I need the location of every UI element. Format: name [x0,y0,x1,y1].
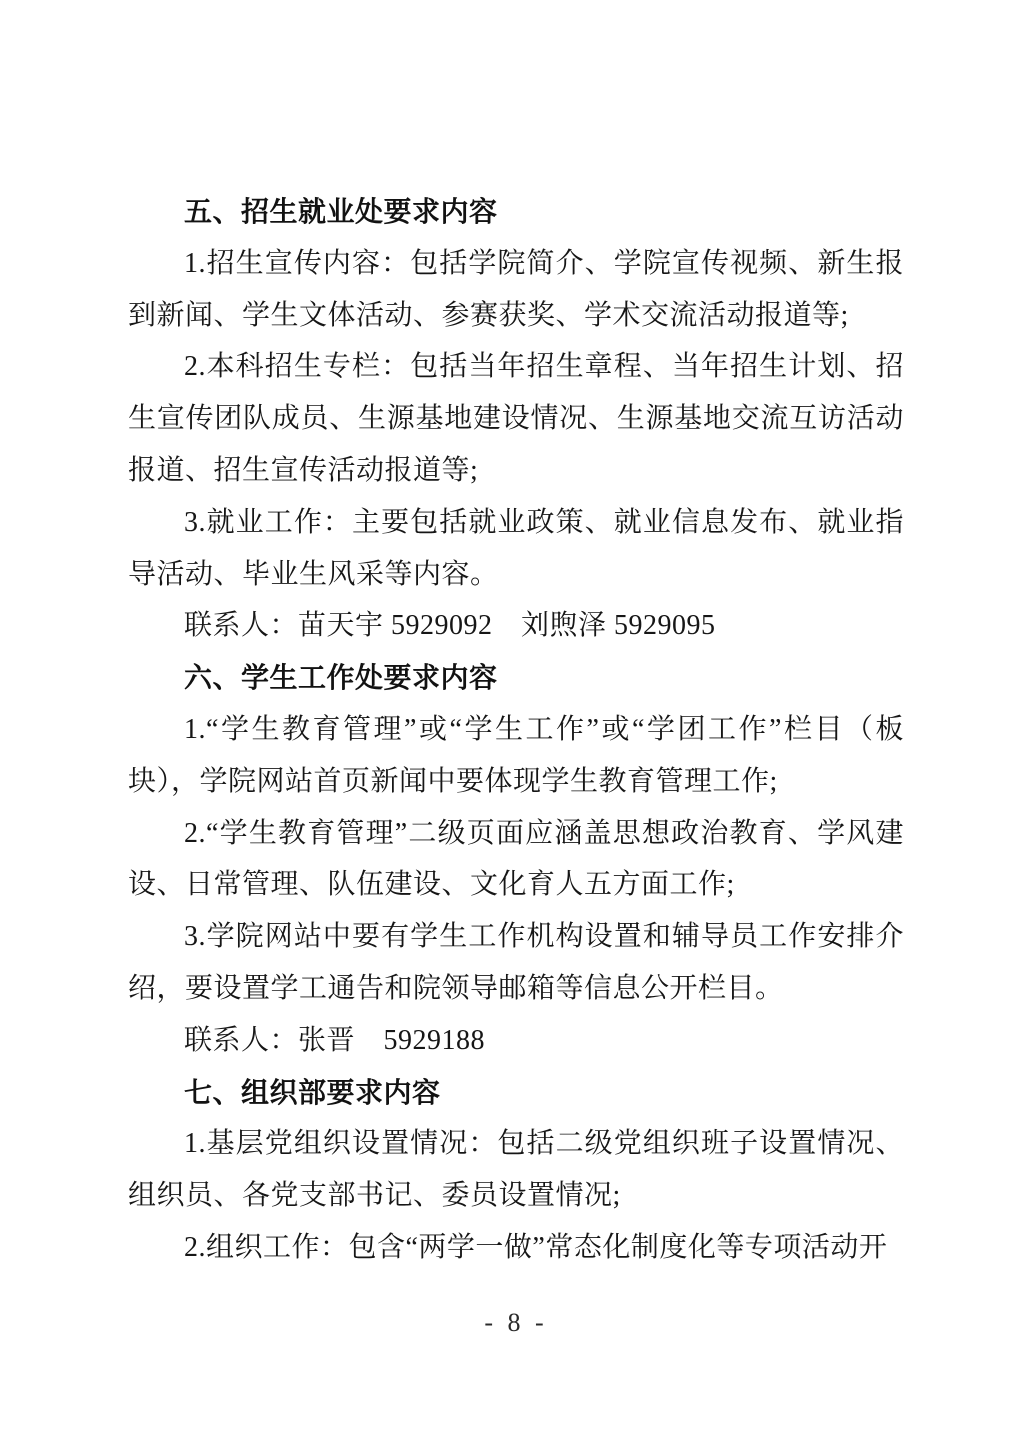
document-body: 五、招生就业处要求内容 1.招生宣传内容：包括学院简介、学院宣传视频、新生报到新… [128,186,904,1274]
document-page: 五、招生就业处要求内容 1.招生宣传内容：包括学院简介、学院宣传视频、新生报到新… [0,0,1024,1448]
page-footer: - 8 - [128,1308,904,1338]
section-admissions-office: 五、招生就业处要求内容 1.招生宣传内容：包括学院简介、学院宣传视频、新生报到新… [128,186,904,652]
section-student-affairs-office: 六、学生工作处要求内容 1.“学生教育管理”或“学生工作”或“学团工作”栏目（板… [128,652,904,1066]
paragraph: 1.基层党组织设置情况：包括二级党组织班子设置情况、组织员、各党支部书记、委员设… [128,1118,904,1222]
contact-line: 联系人：张晋 5929188 [128,1015,904,1067]
paragraph: 1.招生宣传内容：包括学院简介、学院宣传视频、新生报到新闻、学生文体活动、参赛获… [128,238,904,342]
contact-line: 联系人：苗天宇 5929092 刘煦泽 5929095 [128,600,904,652]
page-number: - 8 - [484,1308,547,1337]
paragraph: 2.“学生教育管理”二级页面应涵盖思想政治教育、学风建设、日常管理、队伍建设、文… [128,808,904,912]
paragraph: 2.组织工作：包含“两学一做”常态化制度化等专项活动开 [128,1222,904,1274]
section-heading: 七、组织部要求内容 [128,1067,904,1119]
section-heading: 五、招生就业处要求内容 [128,186,904,238]
paragraph: 1.“学生教育管理”或“学生工作”或“学团工作”栏目（板块），学院网站首页新闻中… [128,704,904,808]
paragraph: 3.就业工作：主要包括就业政策、就业信息发布、就业指导活动、毕业生风采等内容。 [128,497,904,601]
paragraph: 3.学院网站中要有学生工作机构设置和辅导员工作安排介绍，要设置学工通告和院领导邮… [128,911,904,1015]
section-heading: 六、学生工作处要求内容 [128,652,904,704]
paragraph: 2.本科招生专栏：包括当年招生章程、当年招生计划、招生宣传团队成员、生源基地建设… [128,341,904,496]
section-organization-department: 七、组织部要求内容 1.基层党组织设置情况：包括二级党组织班子设置情况、组织员、… [128,1067,904,1274]
